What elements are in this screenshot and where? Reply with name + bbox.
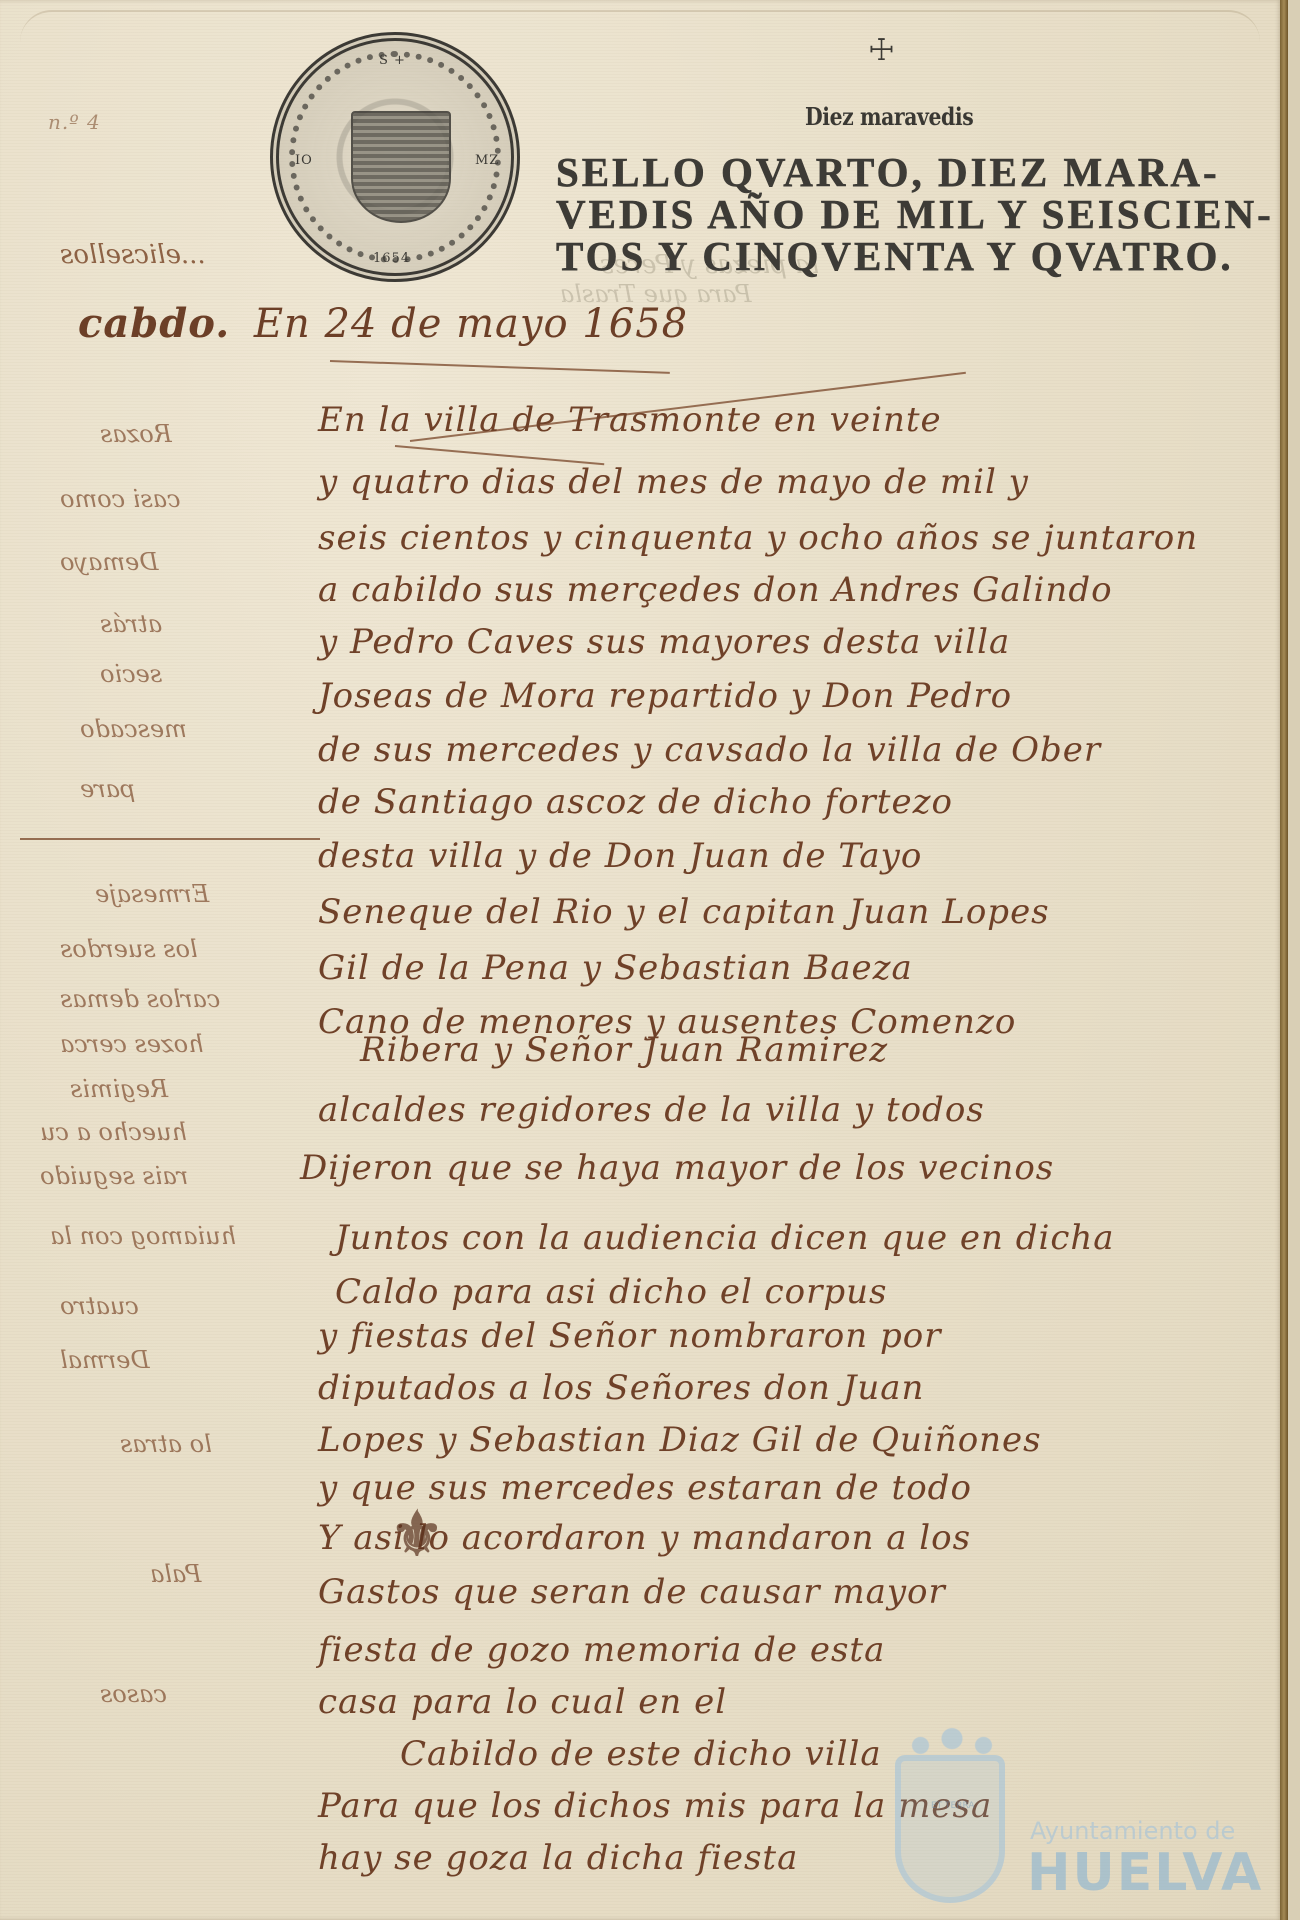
body-line: Y asi lo acordaron y mandaron a los (318, 1518, 1248, 1558)
margin-note: pare (80, 775, 135, 803)
body-line: de sus mercedes y cavsado la villa de Ob… (318, 730, 1248, 770)
folio-number: n.º 4 (48, 110, 101, 134)
margin-note: Regimis (70, 1075, 168, 1103)
body-line: desta villa y de Don Juan de Tayo (318, 836, 1248, 876)
page-binding-edge (1280, 0, 1288, 1920)
seal-mark-top: S + (379, 53, 406, 68)
body-line: Joseas de Mora repartido y Don Pedro (318, 676, 1248, 716)
margin-note: lo atras (120, 1430, 212, 1458)
body-line: alcaldes regidores de la villa y todos (318, 1090, 1248, 1130)
stamp-denomination: Diez maravedis (805, 102, 973, 131)
body-line: Ribera y Señor Juan Ramirez (360, 1030, 1290, 1070)
seal-mark-right: MZ (475, 153, 499, 168)
city-shield-icon: ET TERRA (895, 1755, 1005, 1903)
body-line: Seneque del Rio y el capitan Juan Lopes (318, 892, 1248, 932)
date-prefix: cabdo. (78, 300, 230, 347)
body-line: Lopes y Sebastian Diaz Gil de Quiñones (318, 1420, 1248, 1460)
body-line: y fiestas del Señor nombraron por (318, 1316, 1248, 1356)
margin-note: secio (100, 660, 162, 688)
crown-icon (907, 1725, 997, 1759)
watermark-line-2: HUELVA (1027, 1843, 1263, 1903)
body-line: En la villa de Trasmonte en veinte (318, 400, 1248, 440)
margin-note: Dermal (60, 1346, 150, 1374)
body-line: Gil de la Pena y Sebastian Baeza (318, 948, 1248, 988)
body-line: a cabildo sus merçedes don Andres Galind… (318, 570, 1248, 610)
margin-note: ...elicsellos (60, 240, 206, 270)
margin-note: mescado (80, 715, 187, 743)
watermark-motto: ET TERRA (931, 1801, 975, 1811)
adjacent-page-strip (1288, 0, 1300, 1920)
body-line: fiesta de gozo memoria de esta (318, 1630, 1248, 1670)
body-line: seis cientos y cinquenta y ocho años se … (318, 518, 1248, 558)
cross-icon: ☩ (868, 36, 895, 66)
margin-note: carlos demas (60, 985, 220, 1013)
body-line: diputados a los Señores don Juan (318, 1368, 1248, 1408)
body-line: Caldo para asi dicho el corpus (335, 1272, 1265, 1312)
body-line: casa para lo cual en el (318, 1682, 1248, 1722)
date-text: En 24 de mayo 1658 (254, 301, 688, 347)
watermark-line-1: Ayuntamiento de (1030, 1817, 1235, 1845)
margin-divider-line (20, 838, 320, 840)
body-line: de Santiago ascoz de dicho fortezo (318, 782, 1248, 822)
stamp-text-line-1: SELLO QVARTO, DIEZ MARA- (556, 148, 1276, 196)
manuscript-page: n.º 4 la piezas y Peres Para que Trasla … (0, 0, 1282, 1920)
margin-note: huecho a cu (40, 1118, 187, 1146)
seal-mark-year: 1654 (373, 251, 410, 266)
body-line: Dijeron que se haya mayor de los vecinos (300, 1148, 1230, 1188)
margin-note: hozes cerca (60, 1030, 204, 1058)
flourish-line (330, 360, 670, 374)
royal-seal-emblem: S + IO MZ 1654 (270, 32, 520, 282)
rubric-signature-mark: ⚜ (390, 1500, 445, 1570)
coat-of-arms-icon (351, 111, 451, 223)
stamp-text-line-3: TOS Y CINQVENTA Y QVATRO. (556, 232, 1276, 280)
body-line: Gastos que seran de causar mayor (318, 1572, 1248, 1612)
margin-note: huiamog con la (50, 1222, 236, 1250)
margin-note: Pala (150, 1560, 201, 1588)
margin-note: los suerdos (60, 935, 198, 963)
date-line: cabdo. En 24 de mayo 1658 (78, 300, 688, 347)
margin-note: Rozas (100, 420, 172, 448)
body-line: y que sus mercedes estaran de todo (318, 1468, 1248, 1508)
stamp-text-line-2: VEDIS AÑO DE MIL Y SEISCIEN- (556, 190, 1276, 238)
body-line: y quatro dias del mes de mayo de mil y (318, 462, 1248, 502)
huelva-watermark: ET TERRA Ayuntamiento de HUELVA (885, 1725, 1225, 1915)
margin-note: casos (100, 1680, 167, 1708)
page-stain (20, 10, 1260, 42)
body-line: Juntos con la audiencia dicen que en dic… (335, 1218, 1265, 1258)
margin-note: casi como (60, 485, 180, 513)
body-line: y Pedro Caves sus mayores desta villa (318, 622, 1248, 662)
margin-note: atrás (100, 610, 162, 638)
margin-note: cuatro (60, 1292, 139, 1320)
seal-mark-left: IO (295, 153, 313, 168)
margin-note: Ermesaje (95, 880, 209, 908)
margin-note: Demayo (60, 548, 159, 576)
margin-note: rais seguido (40, 1162, 188, 1190)
